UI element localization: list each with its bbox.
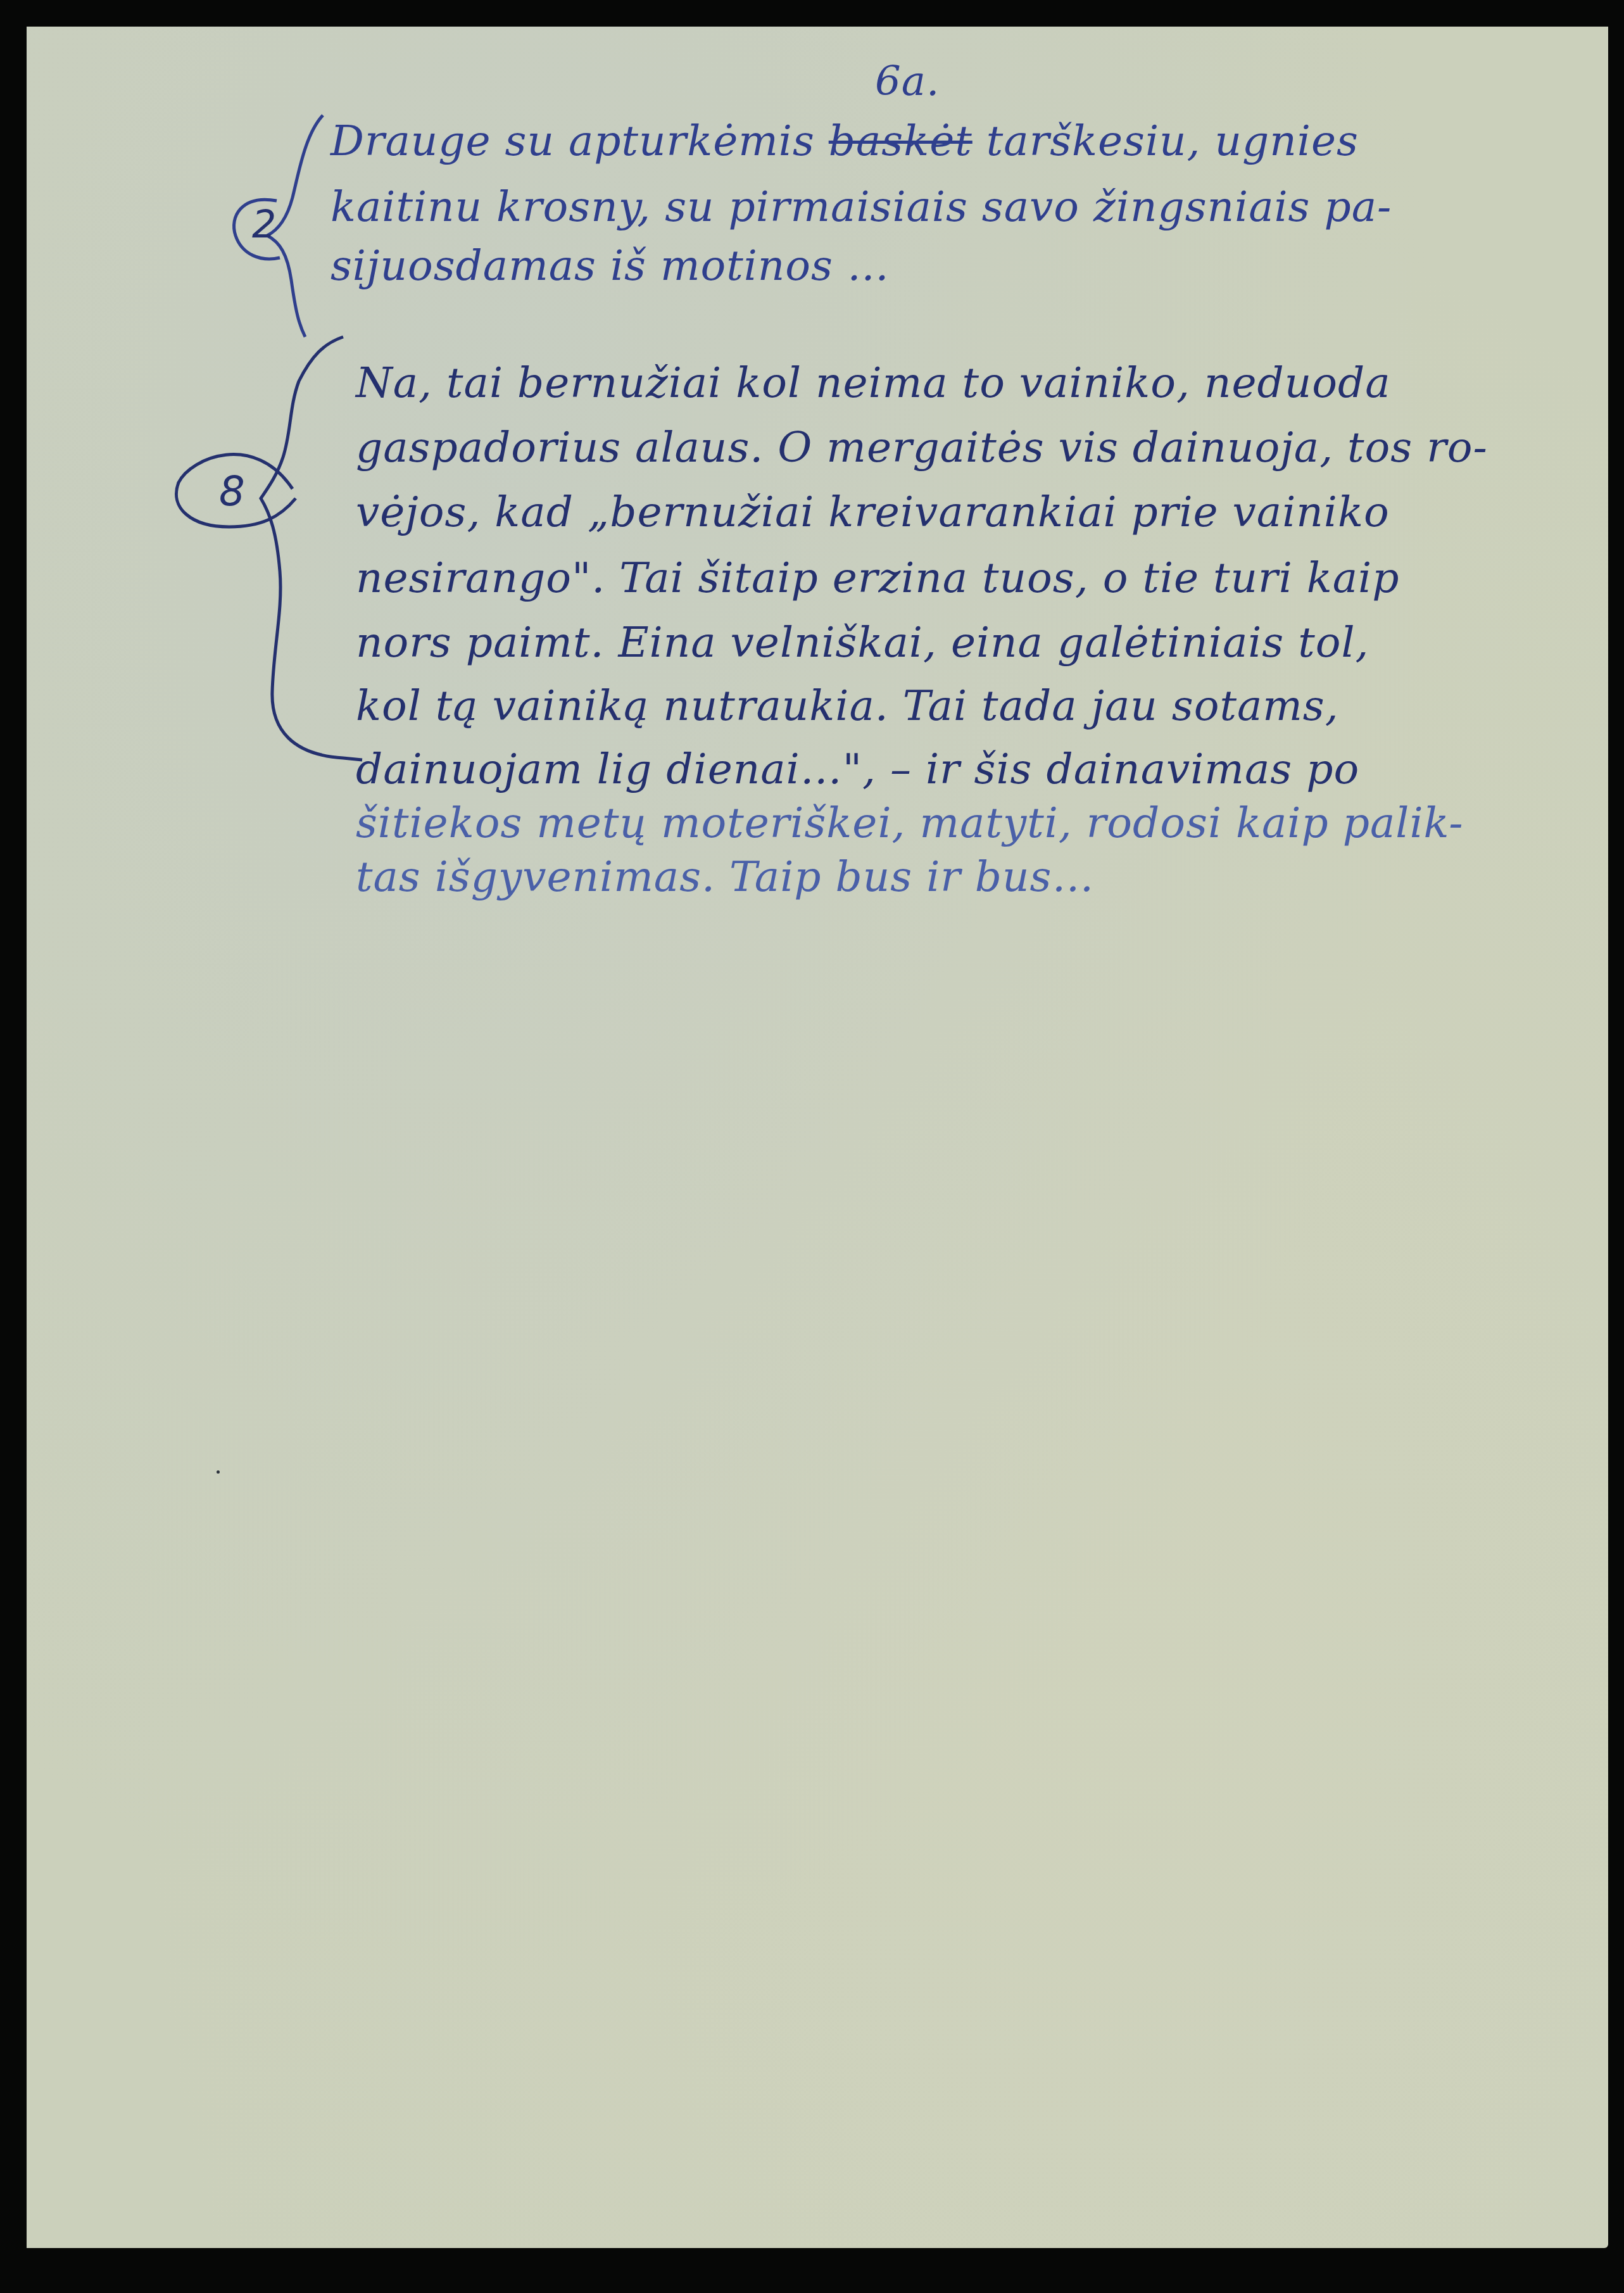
text-line: gaspadorius alaus. O mergaitės vis dainu… [356,427,1488,469]
text-line: nesirango". Tai šitaip erzina tuos, o ti… [356,557,1399,599]
line-text: Drauge su apturkėmis [330,117,829,165]
text-line: nors paimt. Eina velniškai, eina galėtin… [356,622,1369,664]
section-marker-8: 8 [219,469,245,515]
struck-text: baskėt [829,117,973,165]
paper-speck [217,1470,220,1474]
section-marker-2: 2 [252,203,276,247]
text-line: Na, tai bernužiai kol neima to vainiko, … [356,362,1391,404]
text-line: šitiekos metų moteriškei, matyti, rodosi… [356,802,1464,844]
manuscript-page: 2 8 6a. Drauge su apturkėmis baskėt tarš… [27,27,1608,2248]
text-line: kol tą vainiką nutraukia. Tai tada jau s… [356,685,1339,727]
brace-section-8 [261,337,362,760]
text-line: sijuosdamas iš motinos … [330,245,890,287]
page-number: 6a. [875,58,940,105]
text-line: Drauge su apturkėmis baskėt tarškesiu, u… [330,120,1359,162]
text-line: vėjos, kad „bernužiai kreivarankiai prie… [356,491,1390,533]
text-line: dainuojam lig dienai…", – ir šis dainavi… [356,749,1359,790]
line-text: tarškesiu, ugnies [973,117,1359,165]
text-line: tas išgyvenimas. Taip bus ir bus… [356,856,1094,898]
text-line: kaitinu krosny, su pirmaisiais savo žing… [330,186,1392,228]
